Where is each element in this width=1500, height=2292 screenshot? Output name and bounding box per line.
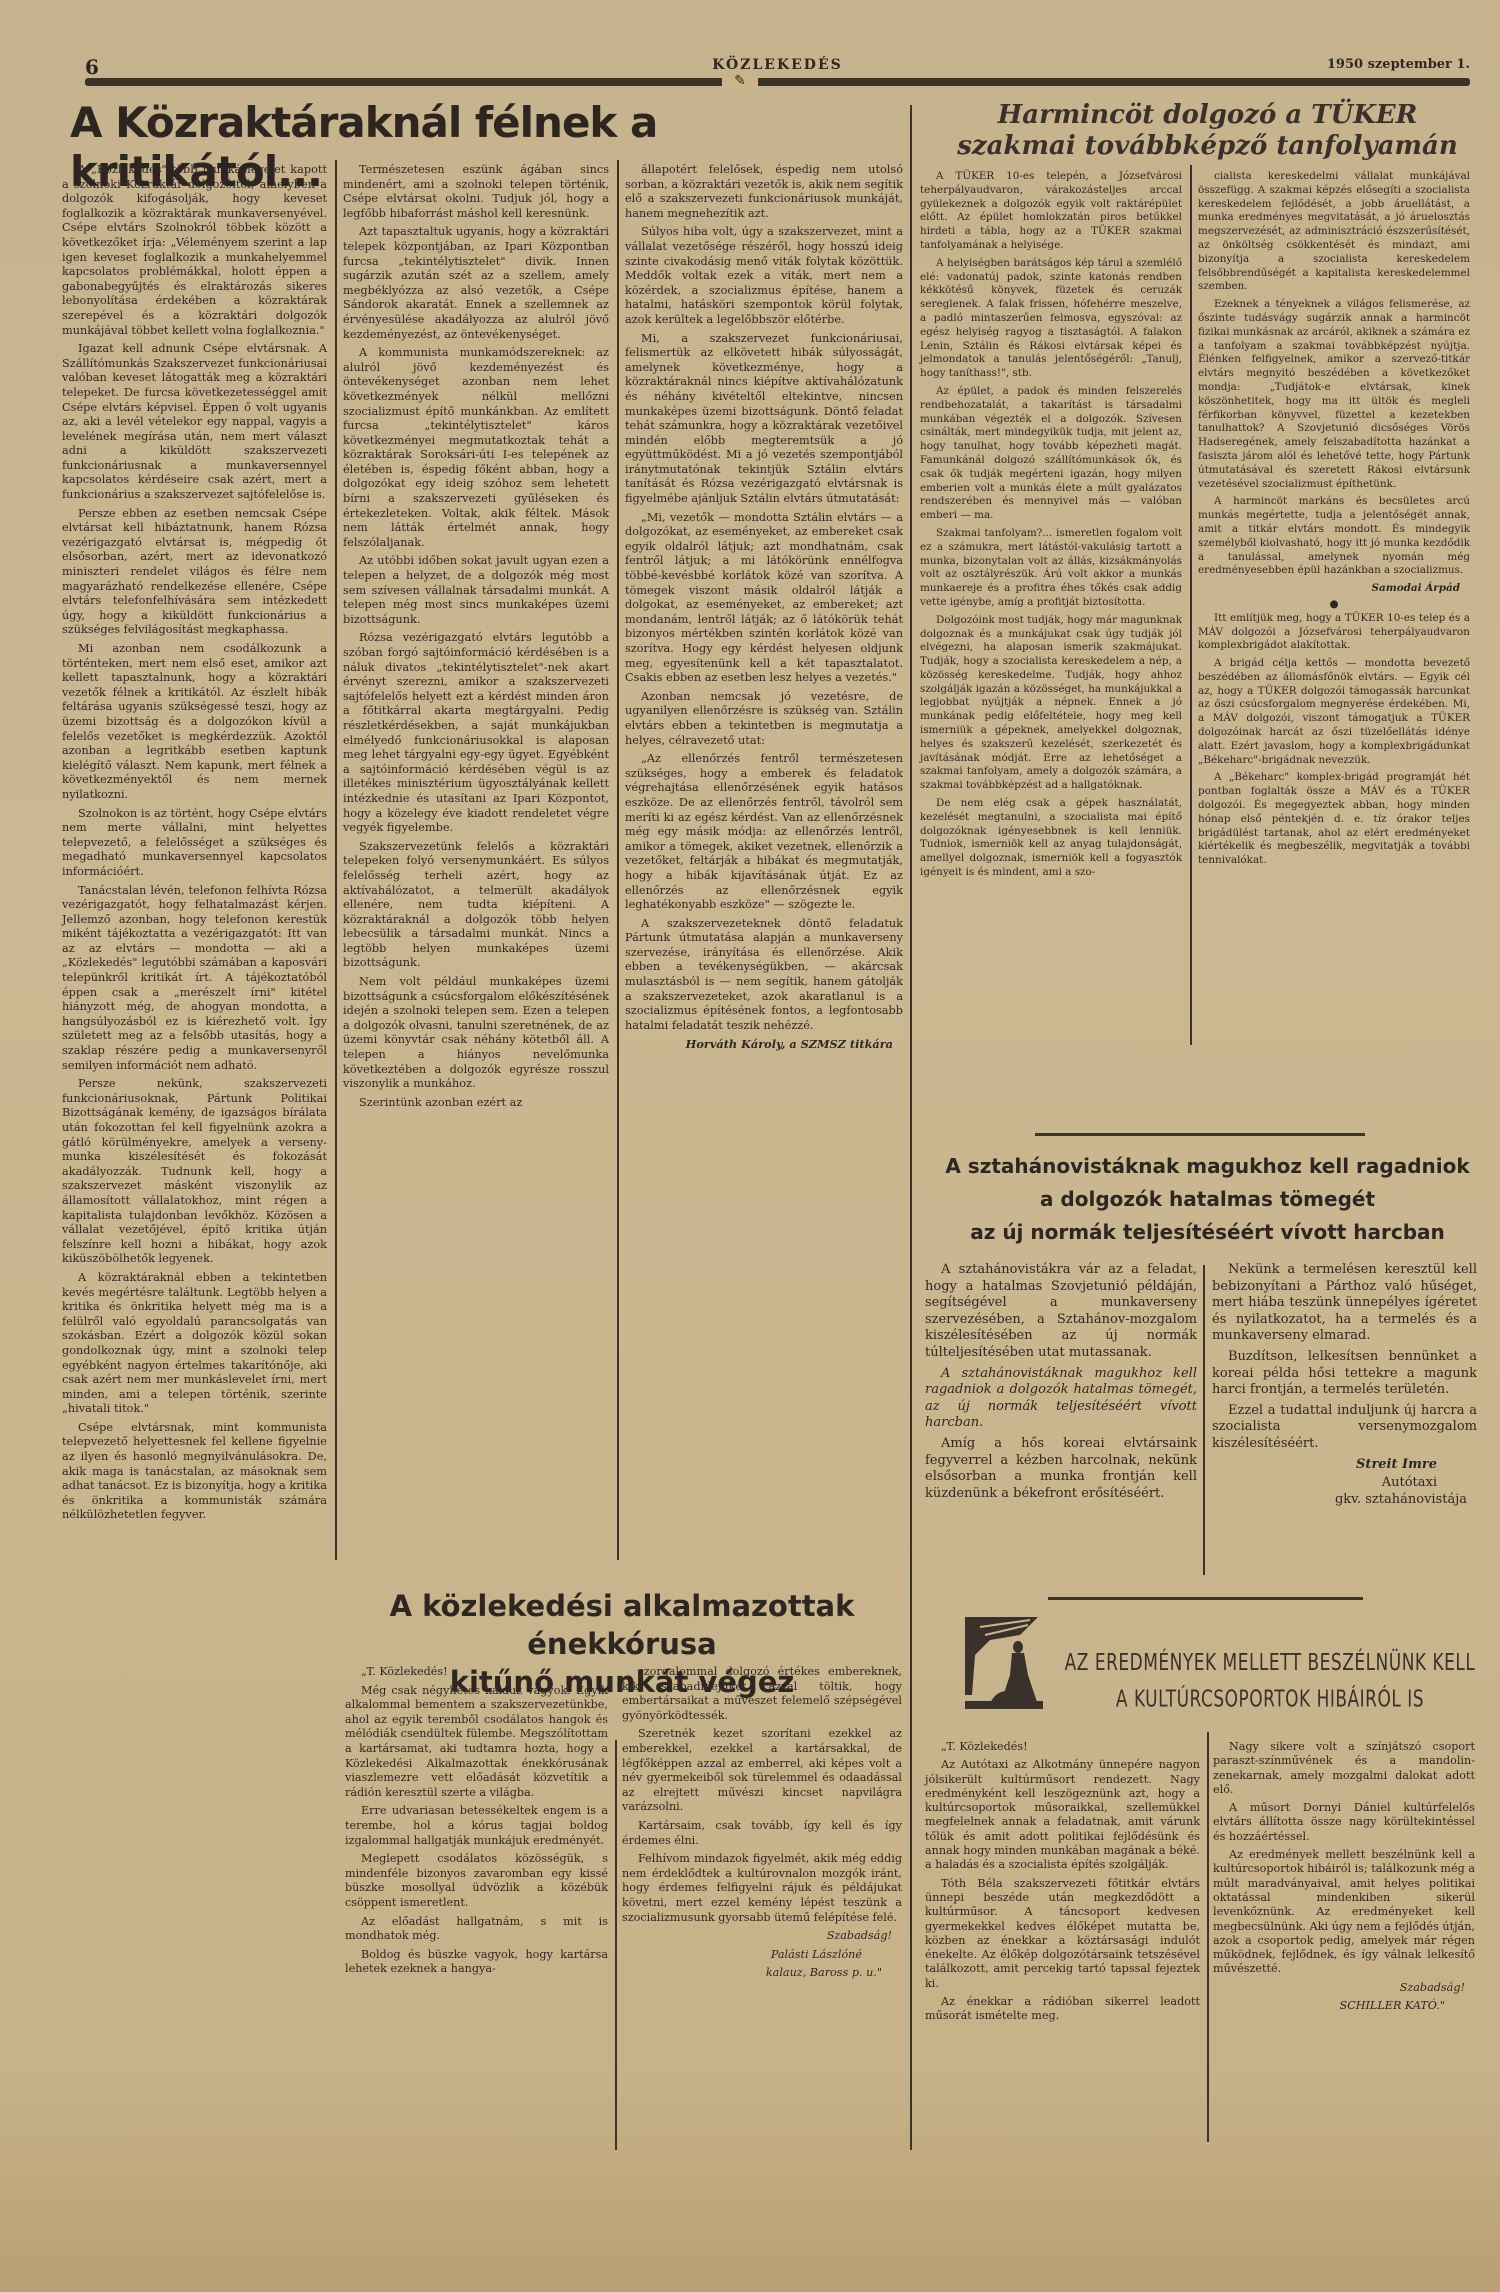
paragraph: „Az ellenőrzés fentről természetesen szü… <box>625 752 903 913</box>
headline-line: Harmincöt dolgozó a TÜKER <box>920 100 1495 131</box>
article-column: Nagy sikere volt a színjátszó csoport pa… <box>1213 1740 1475 2015</box>
byline-role: gkv. sztahánovistája <box>1212 1492 1467 1509</box>
paragraph: Az eredmények mellett beszélnünk kell a … <box>1213 1848 1475 1977</box>
paragraph: A brigád célja kettős — mondotta bevezet… <box>1198 657 1470 767</box>
paragraph: A TÜKER 10-es telepén, a Józsefvárosi te… <box>920 170 1182 253</box>
article-column: A „Közlekedés" több munkáslevelet kapott… <box>62 163 327 1527</box>
paragraph: Meglepett csodálatos közösségük, s minde… <box>345 1852 608 1910</box>
paragraph: Még csak négyhetes kalauz vagyok. Egyik … <box>345 1684 608 1801</box>
byline-org: Autótaxi <box>1212 1475 1437 1492</box>
byline: Horváth Károly, a SZMSZ titkára <box>625 1037 893 1052</box>
paragraph: A kommunista munkamódszereknek: az alulr… <box>343 346 609 550</box>
article-column: „T. Közlekedés! Az Autótaxi az Alkotmány… <box>925 1740 1200 2028</box>
paragraph: Szeretnék kezet szorítani ezekkel az emb… <box>622 1727 902 1815</box>
paragraph: A „Közlekedés" több munkáslevelet kapott… <box>62 163 327 338</box>
article-column: cialista kereskedelmi vállalat munkájáva… <box>1198 170 1470 872</box>
column-divider <box>1207 1732 1209 2142</box>
paragraph: A sztahánovistákra vár az a feladat, hog… <box>925 1262 1197 1362</box>
closing: Szabadság! <box>622 1929 892 1944</box>
theater-stage-singer-icon <box>960 1615 1055 1713</box>
issue-date: 1950 szeptember 1. <box>1327 57 1470 72</box>
paragraph: Súlyos hiba volt, úgy a szakszervezet, m… <box>625 225 903 327</box>
paragraph: állapotért felelősek, éspedig nem utolsó… <box>625 163 903 221</box>
paragraph: Amíg a hős koreai elvtársaink fegyverrel… <box>925 1436 1197 1502</box>
paragraph: „Mi, vezetők — mondotta Sztálin elvtárs … <box>625 511 903 686</box>
column-divider <box>335 160 337 1560</box>
paragraph: A közraktáraknál ebben a tekintetben kev… <box>62 1271 327 1417</box>
paragraph: Mi, a szakszervezet funkcionáriusai, fel… <box>625 332 903 507</box>
headline-line: A közlekedési alkalmazottak énekkórusa <box>337 1587 907 1663</box>
paragraph: Az utóbbi időben sokat javult ugyan ezen… <box>343 554 609 627</box>
paragraph: Igazat kell adnunk Csépe elvtársnak. A S… <box>62 342 327 503</box>
paragraph: Azt tapasztaltuk ugyanis, hogy a közrakt… <box>343 225 609 342</box>
paragraph: „T. Közlekedés! <box>345 1665 608 1680</box>
column-divider <box>1203 1265 1205 1575</box>
paragraph: cialista kereskedelmi vállalat munkájáva… <box>1198 170 1470 294</box>
paragraph: Tanácstalan lévén, telefonon felhívta Ró… <box>62 884 327 1074</box>
publication-name: KÖZLEKEDÉS <box>85 57 1470 73</box>
column-divider <box>910 105 912 2150</box>
paragraph: Természetesen eszünk ágában sincs minden… <box>343 163 609 221</box>
article-column: „T. Közlekedés! Még csak négyhetes kalau… <box>345 1665 608 1981</box>
paragraph: Mi azonban nem csodálkozunk a történteke… <box>62 642 327 803</box>
paragraph: Az énekkar a rádióban sikerrel leadott m… <box>925 1995 1200 2024</box>
paragraph: Persze ebben az esetben nemcsak Csépe el… <box>62 507 327 638</box>
article-headline: A sztahánovistáknak magukhoz kell ragadn… <box>920 1150 1495 1249</box>
article-headline: Harmincöt dolgozó a TÜKER szakmai tovább… <box>920 100 1495 162</box>
article-headline: AZ EREDMÉNYEK MELLETT BESZÉLNÜNK KELL A … <box>1060 1646 1480 1719</box>
article-column: A TÜKER 10-es telepén, a Józsefvárosi te… <box>920 170 1182 884</box>
paragraph: Az Autótaxi az Alkotmány ünnepére nagyon… <box>925 1758 1200 1872</box>
paragraph: Azonban nemcsak jó vezetésre, de ugyanil… <box>625 690 903 748</box>
paragraph: Boldog és büszke vagyok, hogy kartársa l… <box>345 1948 608 1977</box>
column-divider <box>615 1740 617 2150</box>
paragraph: Nekünk a termelésen keresztül kell bebiz… <box>1212 1262 1477 1345</box>
article-column: Természetesen eszünk ágában sincs minden… <box>343 163 609 1114</box>
paragraph: Az épület, a padok és minden felszerelés… <box>920 385 1182 523</box>
byline: Palásti Lászlóné <box>622 1948 862 1963</box>
article-column: Nekünk a termelésen keresztül kell bebiz… <box>1212 1262 1477 1508</box>
headline-line: A KULTÚRCSOPORTOK HIBÁIRÓL IS <box>1060 1682 1480 1718</box>
paragraph: Persze nekünk, szakszervezeti funkcionár… <box>62 1077 327 1267</box>
article-column: állapotért felelősek, éspedig nem utolsó… <box>625 163 903 1054</box>
section-rule <box>1048 1597 1363 1600</box>
paragraph: Kartársaim, csak tovább, így kell és így… <box>622 1819 902 1848</box>
page-header: 6 KÖZLEKEDÉS 1950 szeptember 1. <box>85 55 1470 77</box>
paragraph: szorgalommal dolgozó értékes embereknek,… <box>622 1665 902 1723</box>
paragraph: Szolnokon is az történt, hogy Csépe elvt… <box>62 807 327 880</box>
paragraph: Erre udvariasan betessékeltek engem is a… <box>345 1804 608 1848</box>
paragraph: Tóth Béla szakszervezeti főtitkár elvtár… <box>925 1877 1200 1991</box>
paragraph: A műsort Dornyi Dániel kultúrfelelős elv… <box>1213 1801 1475 1844</box>
paragraph: Az előadást hallgatnám, s mit is mondhat… <box>345 1915 608 1944</box>
section-rule <box>1035 1133 1365 1136</box>
headline-line: a dolgozók hatalmas tömegét <box>920 1183 1495 1216</box>
bullet-separator-icon: ● <box>1198 598 1470 612</box>
header-rule <box>85 78 1470 86</box>
paragraph: Szakmai tanfolyam?... ismeretlen fogalom… <box>920 527 1182 610</box>
paragraph: A szakszervezeteknek döntő feladatuk Pár… <box>625 917 903 1034</box>
article-column: A sztahánovistákra vár az a feladat, hog… <box>925 1262 1197 1506</box>
paragraph: Ezeknek a tényeknek a világos felismerés… <box>1198 298 1470 491</box>
headline-line: AZ EREDMÉNYEK MELLETT BESZÉLNÜNK KELL <box>1060 1646 1480 1682</box>
byline: Samodai Árpád <box>1198 582 1460 596</box>
paragraph: Itt említjük meg, hogy a TÜKER 10-es tel… <box>1198 612 1470 653</box>
byline: SCHILLER KATÓ." <box>1213 1999 1445 2013</box>
paragraph: Szakszervezetünk felelős a közraktári te… <box>343 840 609 971</box>
paragraph: Buzdítson, lelkesítsen bennünket a korea… <box>1212 1349 1477 1399</box>
paragraph: Szerintünk azonban ezért az <box>343 1096 609 1111</box>
paragraph: A sztahánovistáknak magukhoz kell ragadn… <box>925 1366 1197 1432</box>
paragraph: Nagy sikere volt a színjátszó csoport pa… <box>1213 1740 1475 1797</box>
headline-line: az új normák teljesítéséért vívott harcb… <box>920 1216 1495 1249</box>
column-divider <box>1190 165 1192 1045</box>
paragraph: De nem elég csak a gépek használatát, ke… <box>920 797 1182 880</box>
paragraph: Nem volt például munkaképes üzemi bizott… <box>343 975 609 1092</box>
ornament-icon: ✎ <box>722 72 758 90</box>
closing: Szabadság! <box>1213 1981 1465 1995</box>
paragraph: Dolgozóink most tudják, hogy már magunkn… <box>920 614 1182 793</box>
paragraph: Rózsa vezérigazgató elvtárs legutóbb a s… <box>343 631 609 835</box>
paragraph: „T. Közlekedés! <box>925 1740 1200 1754</box>
column-divider <box>617 160 619 1560</box>
headline-line: A sztahánovistáknak magukhoz kell ragadn… <box>920 1150 1495 1183</box>
byline-role: kalauz, Baross p. u." <box>622 1966 882 1981</box>
paragraph: A helyiségben barátságos kép tárul a sze… <box>920 257 1182 381</box>
paragraph: Csépe elvtársnak, mint kommunista telepv… <box>62 1421 327 1523</box>
paragraph: A „Békeharc" komplex-brigád programját h… <box>1198 771 1470 868</box>
article-column: szorgalommal dolgozó értékes embereknek,… <box>622 1665 902 1983</box>
paragraph: Ezzel a tudattal induljunk új harcra a s… <box>1212 1403 1477 1453</box>
paragraph: Felhívom mindazok figyelmét, akik még ed… <box>622 1852 902 1925</box>
byline: Streit Imre <box>1212 1457 1437 1474</box>
headline-line: szakmai továbbképző tanfolyamán <box>920 131 1495 162</box>
paragraph: A harmincöt markáns és becsületes arcú m… <box>1198 495 1470 578</box>
